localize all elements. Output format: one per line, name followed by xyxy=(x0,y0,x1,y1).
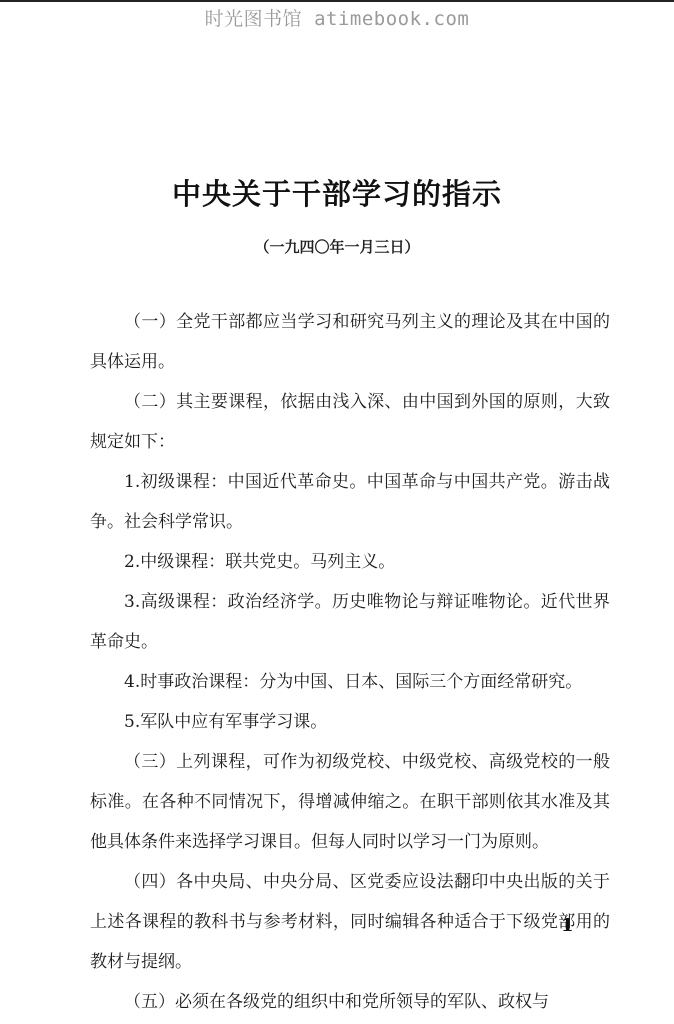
list-item-2: 2.中级课程：联共党史。马列主义。 xyxy=(90,542,610,582)
list-item-1: 1.初级课程：中国近代革命史。中国革命与中国共产党。游击战争。社会科学常识。 xyxy=(90,462,610,542)
paragraph-1: （一）全党干部都应当学习和研究马列主义的理论及其在中国的具体运用。 xyxy=(90,302,610,382)
document-title: 中央关于干部学习的指示 xyxy=(0,172,674,213)
paragraph-3: （三）上列课程，可作为初级党校、中级党校、高级党校的一般标准。在各种不同情况下，… xyxy=(90,742,610,862)
list-item-5: 5.军队中应有军事学习课。 xyxy=(90,702,610,742)
paragraph-2: （二）其主要课程，依据由浅入深、由中国到外国的原则，大致规定如下： xyxy=(90,382,610,462)
top-border xyxy=(0,0,674,2)
list-item-3: 3.高级课程：政治经济学。历史唯物论与辩证唯物论。近代世界革命史。 xyxy=(90,582,610,662)
document-date: （一九四〇年一月三日） xyxy=(0,236,674,257)
paragraph-4: （四）各中央局、中央分局、区党委应设法翻印中央出版的关于上述各课程的教科书与参考… xyxy=(90,862,610,982)
list-item-4: 4.时事政治课程：分为中国、日本、国际三个方面经常研究。 xyxy=(90,662,610,702)
document-body: （一）全党干部都应当学习和研究马列主义的理论及其在中国的具体运用。 （二）其主要… xyxy=(90,302,610,1022)
paragraph-5: （五）必须在各级党的组织中和党所领导的军队、政权与 xyxy=(90,982,610,1022)
watermark: 时光图书馆 atimebook.com xyxy=(0,4,674,31)
page-number: 1 xyxy=(561,915,574,936)
